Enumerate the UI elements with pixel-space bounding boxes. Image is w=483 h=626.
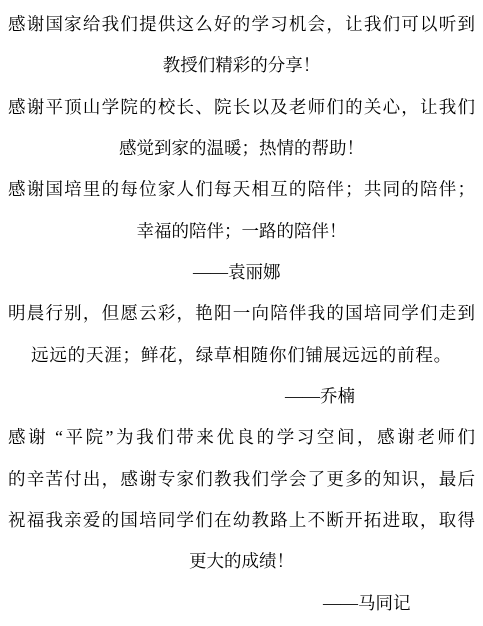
gratitude-college-line: 感谢平顶山学院的校长、院长以及老师们的关心，让我们 <box>0 87 483 128</box>
gratitude-pingyuan-line-cont: 更大的成绩！ <box>0 541 483 582</box>
signature-ma-tongji: ——马同记 <box>0 583 483 624</box>
gratitude-classmates-line: 感谢国培里的每位家人们每天相互的陪伴；共同的陪伴； <box>0 169 483 210</box>
gratitude-classmates-line-cont: 幸福的陪伴；一路的陪伴！ <box>0 211 483 252</box>
signature-qiao-nan: ——乔楠 <box>0 376 483 417</box>
gratitude-country-line-cont: 教授们精彩的分享！ <box>0 45 483 86</box>
gratitude-college-line-cont: 感觉到家的温暖；热情的帮助！ <box>0 128 483 169</box>
gratitude-pingyuan-line-1: 感谢 “平院”为我们带来优良的学习空间，感谢老师们 <box>0 417 483 458</box>
gratitude-pingyuan-line-3: 祝福我亲爱的国培同学们在幼教路上不断开拓进取，取得 <box>0 500 483 541</box>
farewell-line-cont: 远远的天涯；鲜花，绿草相随你们铺展远远的前程。 <box>0 335 483 376</box>
gratitude-pingyuan-line-2: 的辛苦付出，感谢专家们教我们学会了更多的知识，最后 <box>0 459 483 500</box>
document-page: 感谢国家给我们提供这么好的学习机会，让我们可以听到 教授们精彩的分享！ 感谢平顶… <box>0 0 483 626</box>
gratitude-country-line: 感谢国家给我们提供这么好的学习机会，让我们可以听到 <box>0 4 483 45</box>
signature-yuan-lina: ——袁丽娜 <box>0 252 483 293</box>
farewell-line: 明晨行别，但愿云彩，艳阳一向陪伴我的国培同学们走到 <box>0 293 483 334</box>
